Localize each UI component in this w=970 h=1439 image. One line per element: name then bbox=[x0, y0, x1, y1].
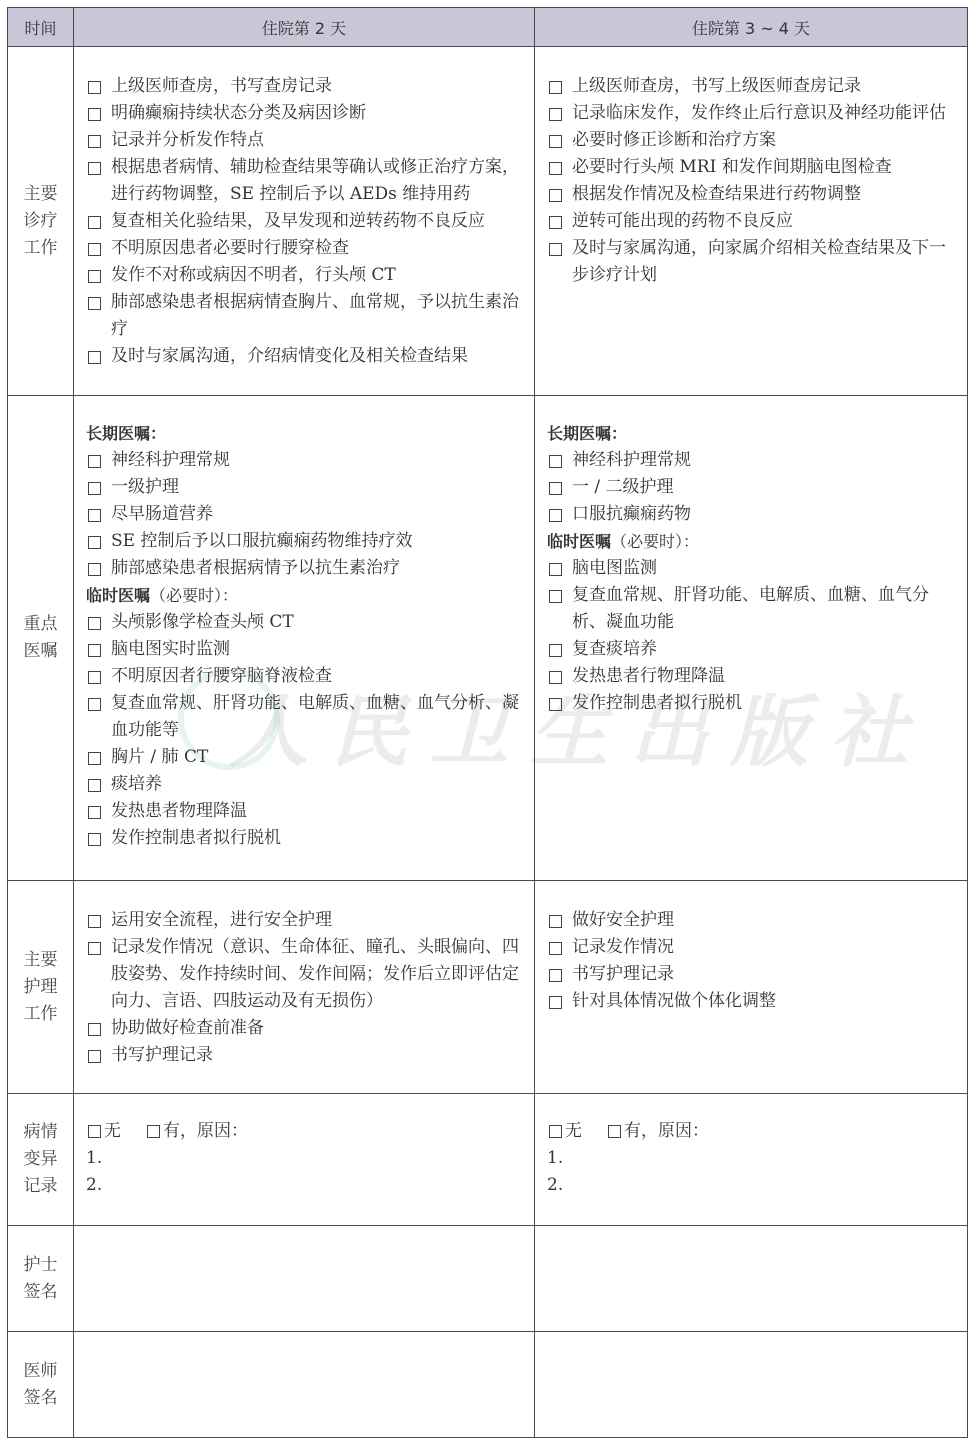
temporary-orders-heading: 临时医嘱（必要时）： bbox=[547, 528, 955, 555]
variation-reason-2[interactable]: 2. bbox=[86, 1172, 522, 1199]
checklist-item: 肺部感染患者根据病情查胸片、血常规，予以抗生素治疗 bbox=[86, 289, 522, 343]
checklist-item-text: 发作不对称或病因不明者，行头颅 CT bbox=[111, 262, 522, 289]
checklist-item-text: 记录发作情况（意识、生命体征、瞳孔、头眼偏向、四肢姿势、发作持续时间、发作间隔；… bbox=[111, 934, 522, 1015]
checklist-item-text: 上级医师查房，书写查房记录 bbox=[111, 73, 522, 100]
checkbox-no-variation[interactable] bbox=[549, 1125, 562, 1138]
checkbox[interactable] bbox=[549, 698, 562, 711]
checklist-item-text: SE 控制后予以口服抗癫痫药物维持疗效 bbox=[111, 528, 522, 555]
checklist-item-text: 记录发作情况 bbox=[572, 934, 955, 961]
checklist-item: 发作控制患者拟行脱机 bbox=[86, 825, 522, 852]
checklist-item: 发作控制患者拟行脱机 bbox=[547, 690, 955, 717]
checklist-item: 复查痰培养 bbox=[547, 636, 955, 663]
row-label-nursing: 主要护理工作 bbox=[8, 881, 74, 1094]
checklist-item-text: 发热患者物理降温 bbox=[111, 798, 522, 825]
checkbox[interactable] bbox=[88, 617, 101, 630]
checkbox[interactable] bbox=[88, 81, 101, 94]
checklist-item: 上级医师查房，书写查房记录 bbox=[86, 73, 522, 100]
checklist-item-text: 头颅影像学检查头颅 CT bbox=[111, 609, 522, 636]
checklist-item-text: 及时与家属沟通，介绍病情变化及相关检查结果 bbox=[111, 343, 522, 370]
nurse-signature-day2-field[interactable] bbox=[74, 1226, 535, 1332]
checklist-item: 明确癫痫持续状态分类及病因诊断 bbox=[86, 100, 522, 127]
row-label-orders: 重点医嘱 bbox=[8, 396, 74, 881]
checkbox[interactable] bbox=[549, 996, 562, 1009]
checkbox[interactable] bbox=[88, 806, 101, 819]
row-variation-record: 病情变异记录 无 有，原因： 1. 2. 无 有，原因： 1 bbox=[8, 1094, 968, 1226]
checklist-item-text: 口服抗癫痫药物 bbox=[572, 501, 955, 528]
checklist-item: 脑电图监测 bbox=[547, 555, 955, 582]
checkbox[interactable] bbox=[549, 563, 562, 576]
checklist-item: 必要时修正诊断和治疗方案 bbox=[547, 127, 955, 154]
checklist-item-text: 复查相关化验结果，及早发现和逆转药物不良反应 bbox=[111, 208, 522, 235]
cell-orders-day3-4: 长期医嘱： 神经科护理常规一 / 二级护理口服抗癫痫药物 临时医嘱（必要时）： … bbox=[535, 396, 968, 881]
checklist-item-text: 针对具体情况做个体化调整 bbox=[572, 988, 955, 1015]
long-term-orders-heading: 长期医嘱： bbox=[86, 420, 522, 447]
checkbox[interactable] bbox=[549, 942, 562, 955]
checklist-item: 根据患者病情、辅助检查结果等确认或修正治疗方案，进行药物调整，SE 控制后予以 … bbox=[86, 154, 522, 208]
checklist-item: 及时与家属沟通，向家属介绍相关检查结果及下一步诊疗计划 bbox=[547, 235, 955, 289]
checkbox-no-variation[interactable] bbox=[88, 1125, 101, 1138]
checklist-item: 痰培养 bbox=[86, 771, 522, 798]
checkbox[interactable] bbox=[549, 455, 562, 468]
variation-reason-2[interactable]: 2. bbox=[547, 1172, 955, 1199]
temporary-orders-heading: 临时医嘱（必要时）： bbox=[86, 582, 522, 609]
checklist-item-text: 不明原因患者必要时行腰穿检查 bbox=[111, 235, 522, 262]
row-doctor-signature: 医师签名 bbox=[8, 1332, 968, 1438]
checklist-item-text: 根据患者病情、辅助检查结果等确认或修正治疗方案，进行药物调整，SE 控制后予以 … bbox=[111, 154, 522, 208]
checklist-item: 一级护理 bbox=[86, 474, 522, 501]
checkbox[interactable] bbox=[88, 509, 101, 522]
checklist-item-text: 书写护理记录 bbox=[572, 961, 955, 988]
checklist-item-text: 痰培养 bbox=[111, 771, 522, 798]
checklist-item: 口服抗癫痫药物 bbox=[547, 501, 955, 528]
doctor-signature-day3-4-field[interactable] bbox=[535, 1332, 968, 1438]
checklist-item-text: 运用安全流程，进行安全护理 bbox=[111, 907, 522, 934]
checklist-item-text: 必要时修正诊断和治疗方案 bbox=[572, 127, 955, 154]
cell-diagnosis-day2: 上级医师查房，书写查房记录明确癫痫持续状态分类及病因诊断记录并分析发作特点根据患… bbox=[74, 47, 535, 396]
row-nurse-signature: 护士签名 bbox=[8, 1226, 968, 1332]
checkbox[interactable] bbox=[549, 108, 562, 121]
checklist-item: 记录临床发作，发作终止后行意识及神经功能评估 bbox=[547, 100, 955, 127]
checkbox[interactable] bbox=[88, 942, 101, 955]
checklist-item: 不明原因患者必要时行腰穿检查 bbox=[86, 235, 522, 262]
checklist-item: 记录并分析发作特点 bbox=[86, 127, 522, 154]
checkbox[interactable] bbox=[549, 915, 562, 928]
nurse-signature-day3-4-field[interactable] bbox=[535, 1226, 968, 1332]
checklist-item-text: 神经科护理常规 bbox=[572, 447, 955, 474]
checklist-item-text: 一级护理 bbox=[111, 474, 522, 501]
checklist-item: 上级医师查房，书写上级医师查房记录 bbox=[547, 73, 955, 100]
checkbox[interactable] bbox=[549, 81, 562, 94]
checklist-item: 发作不对称或病因不明者，行头颅 CT bbox=[86, 262, 522, 289]
checkbox[interactable] bbox=[88, 243, 101, 256]
checklist-item-text: 脑电图实时监测 bbox=[111, 636, 522, 663]
checklist-item: 脑电图实时监测 bbox=[86, 636, 522, 663]
cell-diagnosis-day3-4: 上级医师查房，书写上级医师查房记录记录临床发作，发作终止后行意识及神经功能评估必… bbox=[535, 47, 968, 396]
checklist-item-text: 复查血常规、肝肾功能、电解质、血糖、血气分析、凝血功能 bbox=[572, 582, 955, 636]
checklist-item-text: 脑电图监测 bbox=[572, 555, 955, 582]
checkbox[interactable] bbox=[88, 833, 101, 846]
checklist-item: 必要时行头颅 MRI 和发作间期脑电图检查 bbox=[547, 154, 955, 181]
checklist-item: 肺部感染患者根据病情予以抗生素治疗 bbox=[86, 555, 522, 582]
checkbox[interactable] bbox=[88, 351, 101, 364]
cell-orders-day2: 长期医嘱： 神经科护理常规一级护理尽早肠道营养SE 控制后予以口服抗癫痫药物维持… bbox=[74, 396, 535, 881]
row-label-doctor-signature: 医师签名 bbox=[8, 1332, 74, 1438]
checkbox[interactable] bbox=[88, 698, 101, 711]
checklist-item: 复查血常规、肝肾功能、电解质、血糖、血气分析、凝血功能 bbox=[547, 582, 955, 636]
header-time: 时间 bbox=[8, 8, 74, 47]
header-day2: 住院第 2 天 bbox=[74, 8, 535, 47]
checkbox[interactable] bbox=[88, 455, 101, 468]
checklist-item-text: 上级医师查房，书写上级医师查房记录 bbox=[572, 73, 955, 100]
checklist-item-text: 胸片 / 肺 CT bbox=[111, 744, 522, 771]
checklist-item-text: 做好安全护理 bbox=[572, 907, 955, 934]
cell-nursing-day2: 运用安全流程，进行安全护理记录发作情况（意识、生命体征、瞳孔、头眼偏向、四肢姿势… bbox=[74, 881, 535, 1094]
checklist-item-text: 不明原因者行腰穿脑脊液检查 bbox=[111, 663, 522, 690]
checkbox[interactable] bbox=[88, 563, 101, 576]
checkbox[interactable] bbox=[549, 671, 562, 684]
checkbox[interactable] bbox=[88, 108, 101, 121]
checklist-item: 尽早肠道营养 bbox=[86, 501, 522, 528]
checklist-item: 发热患者物理降温 bbox=[86, 798, 522, 825]
variation-reason-1[interactable]: 1. bbox=[86, 1145, 522, 1172]
checkbox[interactable] bbox=[88, 644, 101, 657]
checklist-item-text: 根据发作情况及检查结果进行药物调整 bbox=[572, 181, 955, 208]
checkbox[interactable] bbox=[88, 482, 101, 495]
checkbox[interactable] bbox=[88, 135, 101, 148]
checkbox[interactable] bbox=[88, 1023, 101, 1036]
checklist-item-text: 复查血常规、肝肾功能、电解质、血糖、血气分析、凝血功能等 bbox=[111, 690, 522, 744]
checklist-item-text: 及时与家属沟通，向家属介绍相关检查结果及下一步诊疗计划 bbox=[572, 235, 955, 289]
checklist-item: 不明原因者行腰穿脑脊液检查 bbox=[86, 663, 522, 690]
checklist-item: 协助做好检查前准备 bbox=[86, 1015, 522, 1042]
checklist-item: 做好安全护理 bbox=[547, 907, 955, 934]
variation-reason-1[interactable]: 1. bbox=[547, 1145, 955, 1172]
checklist-item-text: 发作控制患者拟行脱机 bbox=[111, 825, 522, 852]
checklist-item-text: 发作控制患者拟行脱机 bbox=[572, 690, 955, 717]
checklist-item-text: 必要时行头颅 MRI 和发作间期脑电图检查 bbox=[572, 154, 955, 181]
checkbox[interactable] bbox=[549, 482, 562, 495]
checklist-item-text: 复查痰培养 bbox=[572, 636, 955, 663]
checklist-item: 记录发作情况（意识、生命体征、瞳孔、头眼偏向、四肢姿势、发作持续时间、发作间隔；… bbox=[86, 934, 522, 1015]
checklist-item-text: 记录临床发作，发作终止后行意识及神经功能评估 bbox=[572, 100, 955, 127]
checklist-item: 针对具体情况做个体化调整 bbox=[547, 988, 955, 1015]
row-label-diagnosis: 主要诊疗工作 bbox=[8, 47, 74, 396]
cell-nursing-day3-4: 做好安全护理记录发作情况书写护理记录针对具体情况做个体化调整 bbox=[535, 881, 968, 1094]
checklist-item-text: 尽早肠道营养 bbox=[111, 501, 522, 528]
checklist-item: 神经科护理常规 bbox=[86, 447, 522, 474]
checkbox[interactable] bbox=[549, 216, 562, 229]
doctor-signature-day2-field[interactable] bbox=[74, 1332, 535, 1438]
long-term-orders-heading: 长期医嘱： bbox=[547, 420, 955, 447]
checklist-item-text: 一 / 二级护理 bbox=[572, 474, 955, 501]
checklist-item: 复查血常规、肝肾功能、电解质、血糖、血气分析、凝血功能等 bbox=[86, 690, 522, 744]
checklist-item: 胸片 / 肺 CT bbox=[86, 744, 522, 771]
clinical-pathway-table: 时间 住院第 2 天 住院第 3 ~ 4 天 主要诊疗工作 上级医师查房，书写查… bbox=[7, 7, 968, 1438]
checkbox-has-variation[interactable] bbox=[147, 1125, 160, 1138]
checkbox[interactable] bbox=[88, 162, 101, 175]
checkbox[interactable] bbox=[549, 969, 562, 982]
checklist-item-text: 神经科护理常规 bbox=[111, 447, 522, 474]
row-diagnosis-treatment: 主要诊疗工作 上级医师查房，书写查房记录明确癫痫持续状态分类及病因诊断记录并分析… bbox=[8, 47, 968, 396]
checkbox[interactable] bbox=[88, 297, 101, 310]
checkbox[interactable] bbox=[88, 915, 101, 928]
checklist-item: 根据发作情况及检查结果进行药物调整 bbox=[547, 181, 955, 208]
checkbox[interactable] bbox=[549, 644, 562, 657]
checklist-item: 头颅影像学检查头颅 CT bbox=[86, 609, 522, 636]
row-nursing-work: 主要护理工作 运用安全流程，进行安全护理记录发作情况（意识、生命体征、瞳孔、头眼… bbox=[8, 881, 968, 1094]
cell-variation-day3-4: 无 有，原因： 1. 2. bbox=[535, 1094, 968, 1226]
checklist-item-text: 肺部感染患者根据病情查胸片、血常规，予以抗生素治疗 bbox=[111, 289, 522, 343]
checkbox[interactable] bbox=[88, 1050, 101, 1063]
checkbox-has-variation[interactable] bbox=[608, 1125, 621, 1138]
checklist-item: 记录发作情况 bbox=[547, 934, 955, 961]
checklist-item: 逆转可能出现的药物不良反应 bbox=[547, 208, 955, 235]
checklist-item-text: 协助做好检查前准备 bbox=[111, 1015, 522, 1042]
checklist-item: 及时与家属沟通，介绍病情变化及相关检查结果 bbox=[86, 343, 522, 370]
row-label-variation: 病情变异记录 bbox=[8, 1094, 74, 1226]
checkbox[interactable] bbox=[88, 270, 101, 283]
checklist-item: 神经科护理常规 bbox=[547, 447, 955, 474]
checklist-item-text: 逆转可能出现的药物不良反应 bbox=[572, 208, 955, 235]
checkbox[interactable] bbox=[549, 189, 562, 202]
checklist-item: 复查相关化验结果，及早发现和逆转药物不良反应 bbox=[86, 208, 522, 235]
header-row: 时间 住院第 2 天 住院第 3 ~ 4 天 bbox=[8, 8, 968, 47]
checklist-item-text: 记录并分析发作特点 bbox=[111, 127, 522, 154]
checklist-item-text: 明确癫痫持续状态分类及病因诊断 bbox=[111, 100, 522, 127]
checkbox[interactable] bbox=[549, 243, 562, 256]
cell-variation-day2: 无 有，原因： 1. 2. bbox=[74, 1094, 535, 1226]
checkbox[interactable] bbox=[88, 779, 101, 792]
checklist-item: 书写护理记录 bbox=[547, 961, 955, 988]
row-key-orders: 重点医嘱 长期医嘱： 神经科护理常规一级护理尽早肠道营养SE 控制后予以口服抗癫… bbox=[8, 396, 968, 881]
checkbox[interactable] bbox=[549, 135, 562, 148]
checkbox[interactable] bbox=[88, 671, 101, 684]
checklist-item: 一 / 二级护理 bbox=[547, 474, 955, 501]
row-label-nurse-signature: 护士签名 bbox=[8, 1226, 74, 1332]
checklist-item-text: 发热患者行物理降温 bbox=[572, 663, 955, 690]
checkbox[interactable] bbox=[549, 162, 562, 175]
checklist-item: 书写护理记录 bbox=[86, 1042, 522, 1069]
checkbox[interactable] bbox=[88, 216, 101, 229]
checklist-item: SE 控制后予以口服抗癫痫药物维持疗效 bbox=[86, 528, 522, 555]
checklist-item: 发热患者行物理降温 bbox=[547, 663, 955, 690]
checklist-item-text: 书写护理记录 bbox=[111, 1042, 522, 1069]
header-day3-4: 住院第 3 ~ 4 天 bbox=[535, 8, 968, 47]
checkbox[interactable] bbox=[549, 590, 562, 603]
checklist-item: 运用安全流程，进行安全护理 bbox=[86, 907, 522, 934]
checkbox[interactable] bbox=[88, 752, 101, 765]
checkbox[interactable] bbox=[549, 509, 562, 522]
checkbox[interactable] bbox=[88, 536, 101, 549]
checklist-item-text: 肺部感染患者根据病情予以抗生素治疗 bbox=[111, 555, 522, 582]
